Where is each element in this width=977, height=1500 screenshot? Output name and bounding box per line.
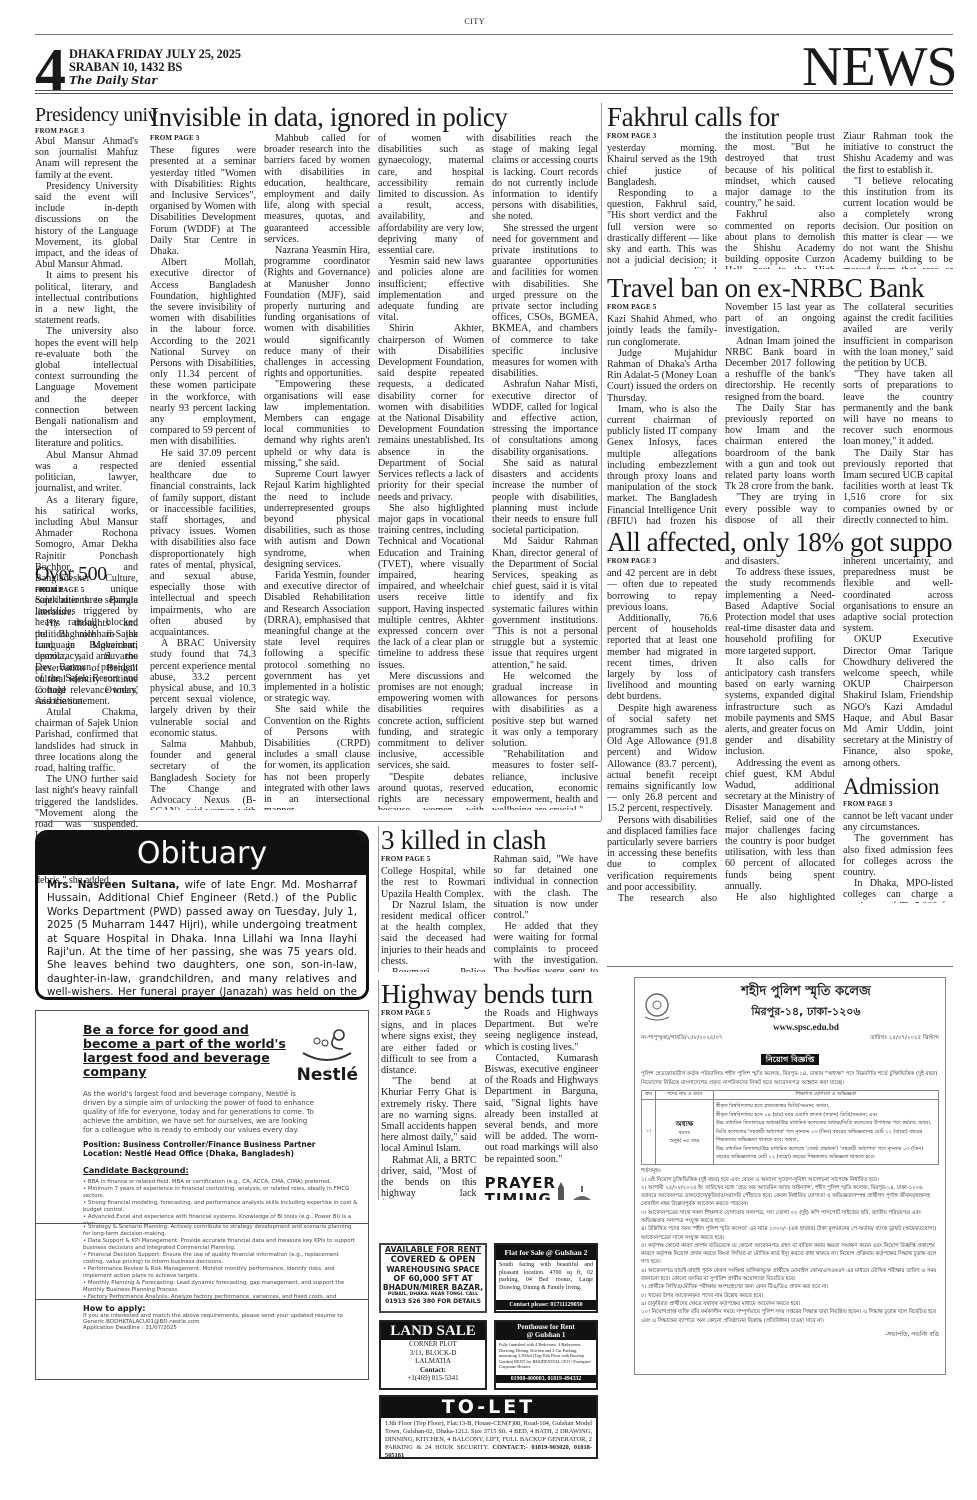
paragraph: and 42 percent are in debt — often due t… — [607, 568, 717, 613]
column-2: Mahbub called for broader research into … — [264, 133, 370, 810]
paragraph: Imam, who is also the current chairman o… — [607, 404, 717, 524]
post-cell: অধ্যক্ষ বয়সঃ অনুর্ধ্ব ৬৫ বছর — [656, 1100, 714, 1165]
paragraph: Kazi Shahid Ahmed, who jointly leads the… — [607, 314, 717, 348]
age-label: বয়সঃ — [656, 1130, 713, 1138]
from-page: FROM PAGE 3 — [607, 556, 717, 567]
article-highway: Highway bends turn FROM PAGE 5 signs, an… — [378, 980, 598, 1200]
paragraph: Addressing the event as chief guest, KM … — [725, 758, 835, 892]
qualification-item: উচ্চ মাধ্যমিক বিদ্যালয়ের অধ্যক্ষ/উচ্চ ম… — [716, 1119, 936, 1128]
from-page: FROM PAGE 5 — [35, 586, 138, 594]
ad-line: CORNER PLOT — [381, 1340, 485, 1349]
paragraph: Shirin Akhter, chairperson of Women with… — [378, 323, 484, 502]
from-page: FROM PAGE 3 — [150, 133, 256, 144]
experience-list: • Strategy & Scenario Planning: Actively… — [83, 1224, 358, 1300]
column-1: FROM PAGE 3 These figures were presented… — [150, 133, 256, 810]
ad-title: Flat for Sale @ Gulshan 2 — [496, 1245, 596, 1260]
paragraph: She stressed the urgent need for governm… — [492, 223, 598, 380]
condition-item: ৩। আবেদনপত্রের সাথে সকল শিক্ষাগত যোগ্যতা… — [641, 1209, 939, 1226]
classified-flat-sale: Flat for Sale @ Gulshan 2 South facing w… — [494, 1243, 598, 1313]
article-allaffected: All affected, only 18% got support FROM … — [607, 528, 953, 903]
list-item: • Minimum 7 years of experience in finan… — [83, 1186, 358, 1200]
masthead-rule — [35, 90, 953, 94]
classified-land-sale: LAND SALE CORNER PLOT 3/11, BLOCK-D LALM… — [379, 1320, 487, 1390]
paragraph: Additionally, 76.6 percent of households… — [607, 613, 717, 703]
location-text: Location: Nestlé Head Office (Dhaka, Ban… — [83, 1149, 358, 1158]
college-website[interactable]: www.spsc.edu.bd — [673, 1022, 939, 1032]
from-page: FROM PAGE 5 — [381, 1008, 477, 1019]
paragraph: Responding to a question, Fakhrul said, … — [607, 188, 717, 269]
paragraph: The government has also fixed admission … — [843, 833, 953, 878]
paragraph: Md Saidur Rahman Khan, director general … — [492, 536, 598, 670]
qualification-item: উচ্চ মাধ্যমিক বিদ্যালয়/উচ্চ মাধ্যমিক কল… — [716, 1145, 936, 1162]
paragraph: The university also hopes the event will… — [35, 326, 138, 449]
headline: 3 killed in clash — [381, 826, 598, 854]
paragraph: and disasters. — [725, 556, 835, 567]
paragraph: It also calls for anticipatory cash tran… — [725, 657, 835, 758]
paragraph: He added that they were waiting for form… — [494, 921, 599, 972]
ad-contact: Contact please: 01711129050 — [496, 1300, 596, 1310]
post-title: অধ্যক্ষ — [656, 1118, 713, 1130]
ad-position: Position: Business Controller/Finance Bu… — [83, 1140, 358, 1158]
paragraph: These figures were presented at a semina… — [150, 145, 256, 257]
classified-penthouse: Penthouse for Rent @ Gulshan 1 Fully fur… — [494, 1320, 598, 1390]
paragraph: She said as natural disasters and accide… — [492, 458, 598, 536]
section-label: CITY — [430, 17, 485, 26]
paragraph: "They are trying in every possible way t… — [725, 492, 835, 524]
article-fakhrul: Fakhrul calls for FROM PAGE 3 yesterday … — [607, 103, 953, 269]
paragraph: Ziaur Rahman took the initiative to cons… — [843, 131, 953, 176]
position-text: Position: Business Controller/Finance Bu… — [83, 1140, 358, 1149]
paragraph: of women with disabilities such as gynae… — [378, 133, 484, 256]
nestle-job-ad-continued: • Strategy & Scenario Planning: Actively… — [35, 1224, 369, 1300]
background-list: • BBA in finance or related field. MBA o… — [83, 1179, 358, 1224]
obituary-title: Obituary — [38, 833, 366, 875]
ad-body: South facing with beautiful and pleasant… — [496, 1260, 596, 1300]
section-title: NEWS — [802, 42, 957, 92]
paragraph: Rahman said, "We have so far detained on… — [494, 854, 599, 921]
paragraph: Abul Mansur Ahmad's son journalist Mahfu… — [35, 136, 138, 181]
paragraph: He also highlighted flaws in beneficiary… — [725, 892, 835, 903]
ad-title: LAND SALE — [381, 1322, 485, 1340]
paragraph: Persons with disabilities and displaced … — [607, 815, 717, 893]
paragraph: Rahmat Ali, a BRTC driver, said, "Most o… — [381, 1155, 477, 1200]
paragraph: He said 37.09 percent are denied essenti… — [150, 448, 256, 638]
paragraph: Salma Mahbub, founder and general secret… — [150, 739, 256, 810]
list-item: • Strong financial modeling, forecasting… — [83, 1200, 358, 1214]
paragraph: "The bend at Khuriar Ferry Ghat is extre… — [381, 1076, 477, 1154]
paragraph: In Dhaka, MPO-listed colleges can charge… — [843, 878, 953, 903]
headline: Invisible in data, ignored in policy — [150, 103, 598, 131]
publication-logo: The Daily Star — [69, 74, 241, 87]
paragraph: College Hospital, while the rest to Rowm… — [381, 866, 486, 900]
paragraph: inherent uncertainty, and preparedness m… — [843, 556, 953, 634]
college-emblem-icon — [641, 991, 673, 1023]
paragraph: OKUP Executive Director Omar Tarique Cho… — [843, 634, 953, 768]
paragraph: cannot be left vacant under any circumst… — [843, 811, 953, 833]
list-item: • Strategy & Scenario Planning: Actively… — [83, 1224, 358, 1238]
paragraph: Despite high awareness of social safety … — [607, 703, 717, 815]
article-invisible: Invisible in data, ignored in policy FRO… — [150, 103, 598, 810]
obituary-text: wife of late Engr. Md. Mosharraf Hussain… — [47, 879, 357, 1000]
condition-item: ২। আগামী ২৫/০৮/২০২৫ ইং তারিখের মধ্যে 'হে… — [641, 1184, 939, 1209]
paragraph: Atulal Chakma, chairman of Sajek Union P… — [35, 707, 138, 774]
qualification-item: স্বীকৃত বিশ্ববিদ্যালয় হতে স্নাতকোত্তর ড… — [716, 1102, 936, 1111]
divider — [35, 821, 601, 822]
paragraph: "Rehabilitation and measures to foster s… — [492, 749, 598, 810]
ad-line: WAREHOUSING SPACE — [381, 1265, 485, 1274]
paragraph: the institution people trust the most. "… — [725, 131, 835, 209]
ad-title: Penthouse for Rent @ Gulshan 1 — [496, 1322, 596, 1340]
ad-intro: As the world's largest food and beverage… — [83, 1090, 318, 1135]
ad-intro: পুলিশ হেডকোয়ার্টার্স কর্তৃক পরিচালিত শহ… — [641, 1070, 939, 1087]
college-address: মিরপুর-১৪, ঢাকা-১২০৬ — [673, 1003, 939, 1022]
ad-contact-label: Contact: — [381, 1366, 485, 1375]
ad-line: 01913 526 380 FOR DETAILS — [381, 1298, 485, 1306]
header-cell: শিক্ষাগত যোগ্যতা ও অভিজ্ঞতা — [714, 1091, 939, 1100]
ad-line: BHADUN/MIRER BAZAR, — [381, 1283, 485, 1292]
paragraph: Mere discussions and promises are not en… — [378, 671, 484, 772]
conditions-label: শর্তসমূহঃ — [641, 1168, 939, 1176]
qualification-cell: স্বীকৃত বিশ্ববিদ্যালয় হতে স্নাতকোত্তর ড… — [714, 1100, 939, 1165]
signature: -সভাপতি, গভর্নিং বডি — [641, 1329, 939, 1340]
ad-title: নিয়োগ বিজ্ঞপ্তি — [761, 1054, 820, 1065]
ad-phone: +1(469) 815-5341 — [381, 1374, 485, 1383]
from-page: FROM PAGE 3 — [607, 131, 717, 142]
mosque-icon — [556, 1182, 598, 1200]
list-item: • Advanced Excel and experience with fin… — [83, 1214, 358, 1224]
paragraph: Nazrana Yeasmin Hira, programme coordina… — [264, 245, 370, 379]
paragraph: To address these issues, the study recom… — [725, 567, 835, 657]
list-item: • Financial Decision Support: Ensure the… — [83, 1252, 358, 1266]
column-divider — [601, 103, 602, 821]
top-rule — [35, 34, 953, 35]
bird-nest-icon — [299, 1023, 355, 1063]
paragraph: She also highlighted major gaps in vocat… — [378, 503, 484, 671]
paragraph: The Daily Star has previously reported o… — [725, 403, 835, 493]
paragraph: Ashrafun Nahar Misti, executive director… — [492, 379, 598, 457]
ad-headline: Be a force for good and become a part of… — [83, 1023, 297, 1083]
headline: Travel ban on ex-NRBC Bank — [607, 274, 953, 302]
article-travelban: Travel ban on ex-NRBC Bank FROM PAGE 5 K… — [607, 274, 953, 524]
paragraph: signs, and in places where signs exist, … — [381, 1020, 477, 1076]
college-name: শহীদ পুলিশ স্মৃতি কলেজ — [673, 982, 939, 1003]
ad-title-line: Penthouse for Rent — [496, 1323, 596, 1331]
bangla-dateline: SRABAN 10, 1432 BS — [69, 61, 241, 74]
paragraph: She said while the Convention on the Rig… — [264, 704, 370, 810]
from-page: FROM PAGE 5 — [381, 854, 486, 865]
ad-title-line: @ Gulshan 1 — [496, 1331, 596, 1339]
condition-item: ৬। আবেদনপত্র যাচাই-বাছাই পূর্বক কেবল সংক… — [641, 1267, 939, 1284]
paragraph: the Roads and Highways Department. But w… — [485, 1008, 598, 1053]
paragraph: Adnan Imam joined the NRBC Bank board in… — [725, 336, 835, 403]
header-cell: পদের নাম ও বয়স — [656, 1091, 714, 1100]
condition-item: ১। এই নিয়োগ চুক্তিভিত্তিক (দুই বছর) হবে… — [641, 1176, 939, 1184]
paragraph: "They have taken all sorts of preparatio… — [843, 369, 953, 447]
paragraph: The research also identified several sys… — [607, 893, 717, 903]
obituary-box: Obituary Mrs. Nasreen Sultana, wife of l… — [35, 830, 369, 1000]
paragraph: It aims to present his political, litera… — [35, 270, 138, 326]
ad-line: OF 60,000 SFT AT — [381, 1274, 485, 1283]
column-3: of women with disabilities such as gynae… — [378, 133, 484, 810]
headline: Fakhrul calls for — [607, 103, 953, 131]
condition-item: ৭। প্রার্থীকে লিখিত/মৌখিক পরীক্ষায় অংশগ… — [641, 1283, 939, 1291]
prayer-timing-box: PRAYER TIMING JULY 25 FazrJumaAsrMaghrib… — [485, 1175, 598, 1200]
background-title: Candidate Background: — [83, 1166, 358, 1175]
paragraph: Dr Nazrul Islam, the resident medical of… — [381, 900, 486, 967]
headline: Over 500 — [35, 562, 138, 586]
ad-date: তারিখঃ ২৫/০৭/২০২৫ খ্রিস্টাব্দ — [870, 1035, 939, 1043]
from-page: FROM PAGE 5 — [607, 302, 717, 313]
conditions-list: ১। এই নিয়োগ চুক্তিভিত্তিক (দুই বছর) হবে… — [641, 1176, 939, 1325]
paragraph: "Despite debates around quotas, reserved… — [378, 772, 484, 810]
brand-name: Nestlé — [297, 1067, 358, 1083]
apply-title: How to apply: — [83, 1304, 358, 1313]
paragraph: Mahbub called for broader research into … — [264, 133, 370, 245]
nestle-apply-section: How to apply: If you are interested and … — [35, 1300, 369, 1380]
nestle-logo: Nestlé — [297, 1023, 358, 1083]
paragraph: Contacted, Kumarash Biswas, executive en… — [485, 1053, 598, 1165]
college-recruitment-ad: শহীদ পুলিশ স্মৃতি কলেজ মিরপুর-১৪, ঢাকা-১… — [634, 977, 946, 1375]
paragraph: November 15 last year as part of an ongo… — [725, 302, 835, 336]
header-cell: ক্রম — [642, 1091, 656, 1100]
condition-item: ৮। খামের উপর আবেদনকৃত পদের নাম উল্লেখ কর… — [641, 1292, 939, 1300]
paragraph: Abul Mansur Ahmad was a respected politi… — [35, 450, 138, 495]
paragraph: Albert Mollah, executive director of Acc… — [150, 257, 256, 447]
paragraph: "Empowering these organisations will eas… — [264, 379, 370, 469]
ad-title: TO-LET — [381, 1397, 596, 1418]
condition-item: ৯। চাকুরিরত প্রার্থীদের ক্ষেত্রে যথাযথ ক… — [641, 1300, 939, 1308]
ad-body: Fully furnished with 4 Bedrooms, 4 Bathr… — [496, 1340, 596, 1375]
paragraph: A BRAC University study found that 74.3 … — [150, 638, 256, 739]
headline: Presidency univ — [35, 103, 138, 127]
list-item: • BBA in finance or related field. MBA o… — [83, 1179, 358, 1186]
paragraph: Yesmin said new laws and policies alone … — [378, 256, 484, 323]
condition-item: ১০। নিয়োগপ্রাপ্ত ব্যক্তি তাঁর কর্মকালীন… — [641, 1308, 939, 1325]
ad-body: 13th Floor (Top Floor), Flat:13-B, House… — [381, 1418, 596, 1462]
list-item: • Monthly Planning & Forecasting: Lead d… — [83, 1280, 358, 1294]
ad-line: 3/11, BLOCK-D — [381, 1349, 485, 1358]
list-item: • Performance Review & Risk Management: … — [83, 1266, 358, 1280]
divider — [607, 966, 953, 967]
obituary-body: Mrs. Nasreen Sultana, wife of late Engr.… — [38, 875, 366, 1000]
paragraph: Fakhrul also commented on reports about … — [725, 209, 835, 269]
classified-tolet: TO-LET 13th Floor (Top Floor), Flat:13-B… — [379, 1395, 598, 1459]
ad-line: LALMATIA — [381, 1357, 485, 1366]
headline: Admission — [843, 775, 953, 799]
condition-item: ৪। উল্লিখিত পদের জন্য 'শহীদ পুলিশ স্মৃতি… — [641, 1225, 939, 1242]
paragraph: Judge Mujahidur Rahman of Dhaka's Artha … — [607, 348, 717, 404]
paragraph: Sajek after three separate landslides tr… — [35, 595, 138, 707]
age-value: অনুর্ধ্ব ৬৫ বছর — [656, 1138, 713, 1146]
dateline-block: DHAKA FRIDAY JULY 25, 2025 SRABAN 10, 14… — [69, 48, 241, 87]
prayer-title: PRAYER — [485, 1175, 556, 1191]
article-killed: 3 killed in clash FROM PAGE 5 College Ho… — [378, 826, 598, 972]
paragraph: Rowmari Police Station Officer-in-Charge… — [381, 967, 486, 972]
headline: All affected, only 18% got support — [607, 528, 953, 556]
nestle-job-ad: Be a force for good and become a part of… — [35, 1010, 369, 1224]
headline: Highway bends turn — [381, 980, 598, 1008]
ad-title: AVAILABLE FOR RENT — [381, 1245, 485, 1255]
paragraph: yesterday morning. Khairul served as the… — [607, 143, 717, 188]
list-item: • Data Support & KPI Management: Provide… — [83, 1238, 358, 1252]
from-page: FROM PAGE 3 — [843, 799, 953, 810]
deceased-name: Mrs. Nasreen Sultana, — [47, 879, 180, 891]
ad-phone: 01908-400003, 01819-494332 — [496, 1375, 596, 1383]
ad-line: COVERED & OPEN — [381, 1255, 485, 1265]
paragraph: The collateral securities against the cr… — [843, 302, 953, 369]
from-page: FROM PAGE 3 — [35, 127, 138, 135]
article-admission: Admission FROM PAGE 3 cannot be left vac… — [843, 775, 953, 903]
paragraph: "I believe relocating this institution f… — [843, 176, 953, 269]
prayer-title: TIMING — [485, 1191, 556, 1200]
paragraph: He welcomed the gradual increase in allo… — [492, 671, 598, 749]
cell: ১। — [642, 1100, 656, 1165]
column-4: disabilities reach the stage of making l… — [492, 133, 598, 810]
paragraph: Farida Yesmin, founder and executive dir… — [264, 570, 370, 704]
qualification-table: ক্রম পদের নাম ও বয়স শিক্ষাগত যোগ্যতা ও … — [641, 1090, 939, 1165]
paragraph: Presidency University said the event wil… — [35, 181, 138, 271]
qualification-item: ডিগ্রি কলেজের 'সহকারী অধ্যাপক' পদে ন্যূন… — [716, 1128, 936, 1145]
qualification-item: স্বীকৃত বিশ্ববিদ্যালয় হতে ০৪ (চার) বছর … — [716, 1111, 936, 1120]
classified-warehouse: AVAILABLE FOR RENT COVERED & OPEN WAREHO… — [379, 1243, 487, 1313]
paragraph: Supreme Court lawyer Rejaul Karim highli… — [264, 469, 370, 570]
condition-item: ৫। কর্তৃপক্ষ কোনো কারণ প্রদর্শন ব্যতিরেক… — [641, 1242, 939, 1267]
memo-number: নং-শাপুস্মৃকঢ়/গাবডি/২৫৮/২০২৫/০৭ — [641, 1035, 723, 1043]
apply-deadline: Application Deadline : 31/07/2025 — [83, 1325, 358, 1331]
paragraph: The Daily Star has previously reported t… — [843, 448, 953, 524]
paragraph: disabilities reach the stage of making l… — [492, 133, 598, 223]
